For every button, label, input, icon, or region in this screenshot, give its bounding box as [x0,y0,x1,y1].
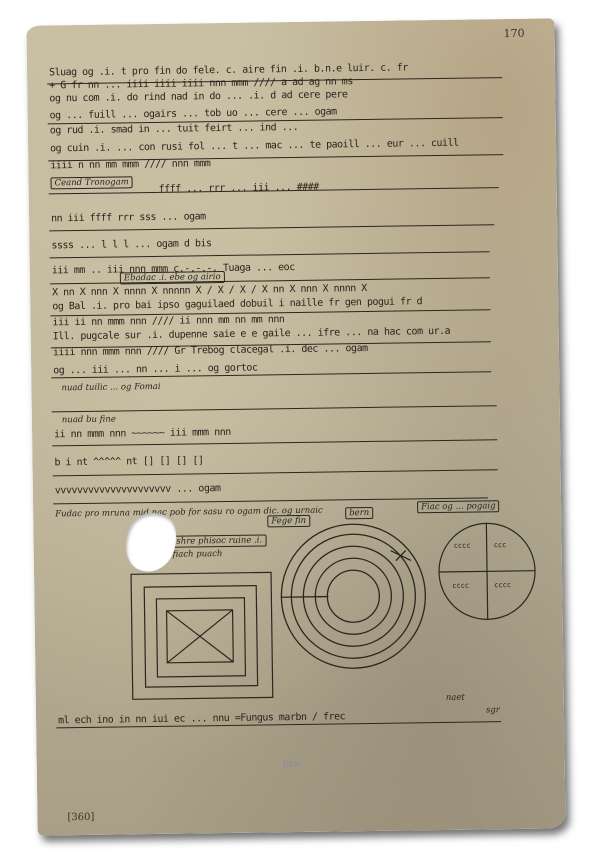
gloss-nuad-tuilic: nuad tuilic ... og Fomai [61,382,160,393]
gloss-nuad-bu-fine: nuad bu fine [62,415,116,426]
bottom-text-row: ml ech ino in nn iui ec ... nnu =Fungus … [58,709,542,730]
concentric-circles-diagram [277,520,429,672]
bottom-right-note: naet [446,693,465,703]
svg-text:cccc: cccc [494,581,511,589]
bottom-right-mark: sgr [486,705,500,715]
text-row: b i nt ^^^^^ nt [] [] [] [] [54,451,538,472]
square-diagram [126,567,278,704]
heading-ceand-tronogam: Ceand Tronogam [50,176,132,189]
svg-text:ccc: ccc [494,541,507,549]
circle-caption-top: bern [345,507,373,519]
quartered-circle-diagram: cccc ccc cccc cccc [431,519,542,626]
text-row: iiii n nn mm mmm //// nnn mmm [50,154,534,175]
svg-text:cccc: cccc [454,542,471,550]
library-stamp: ors [283,757,301,770]
text-row: vvvvvvvvvvvvvvvvvvvvv ... ogam [55,479,539,500]
folio-number: 170 [503,27,524,40]
manuscript-page: 170 Sluag og .i. t pro fin do fele. c. a… [26,18,565,835]
text-row: og ... iii ... nn ... i ... og gortoc [53,359,537,380]
text-row: ffff ... rrr ... iii ... #### [159,179,535,198]
quartered-circle-caption: Fiac og ... pogaig [417,500,500,513]
ruled-line [52,405,497,412]
heading-ebadac: Ebadac .i. ebe og airio [120,271,225,284]
shelf-number: [360] [67,812,94,823]
svg-text:cccc: cccc [452,582,469,590]
